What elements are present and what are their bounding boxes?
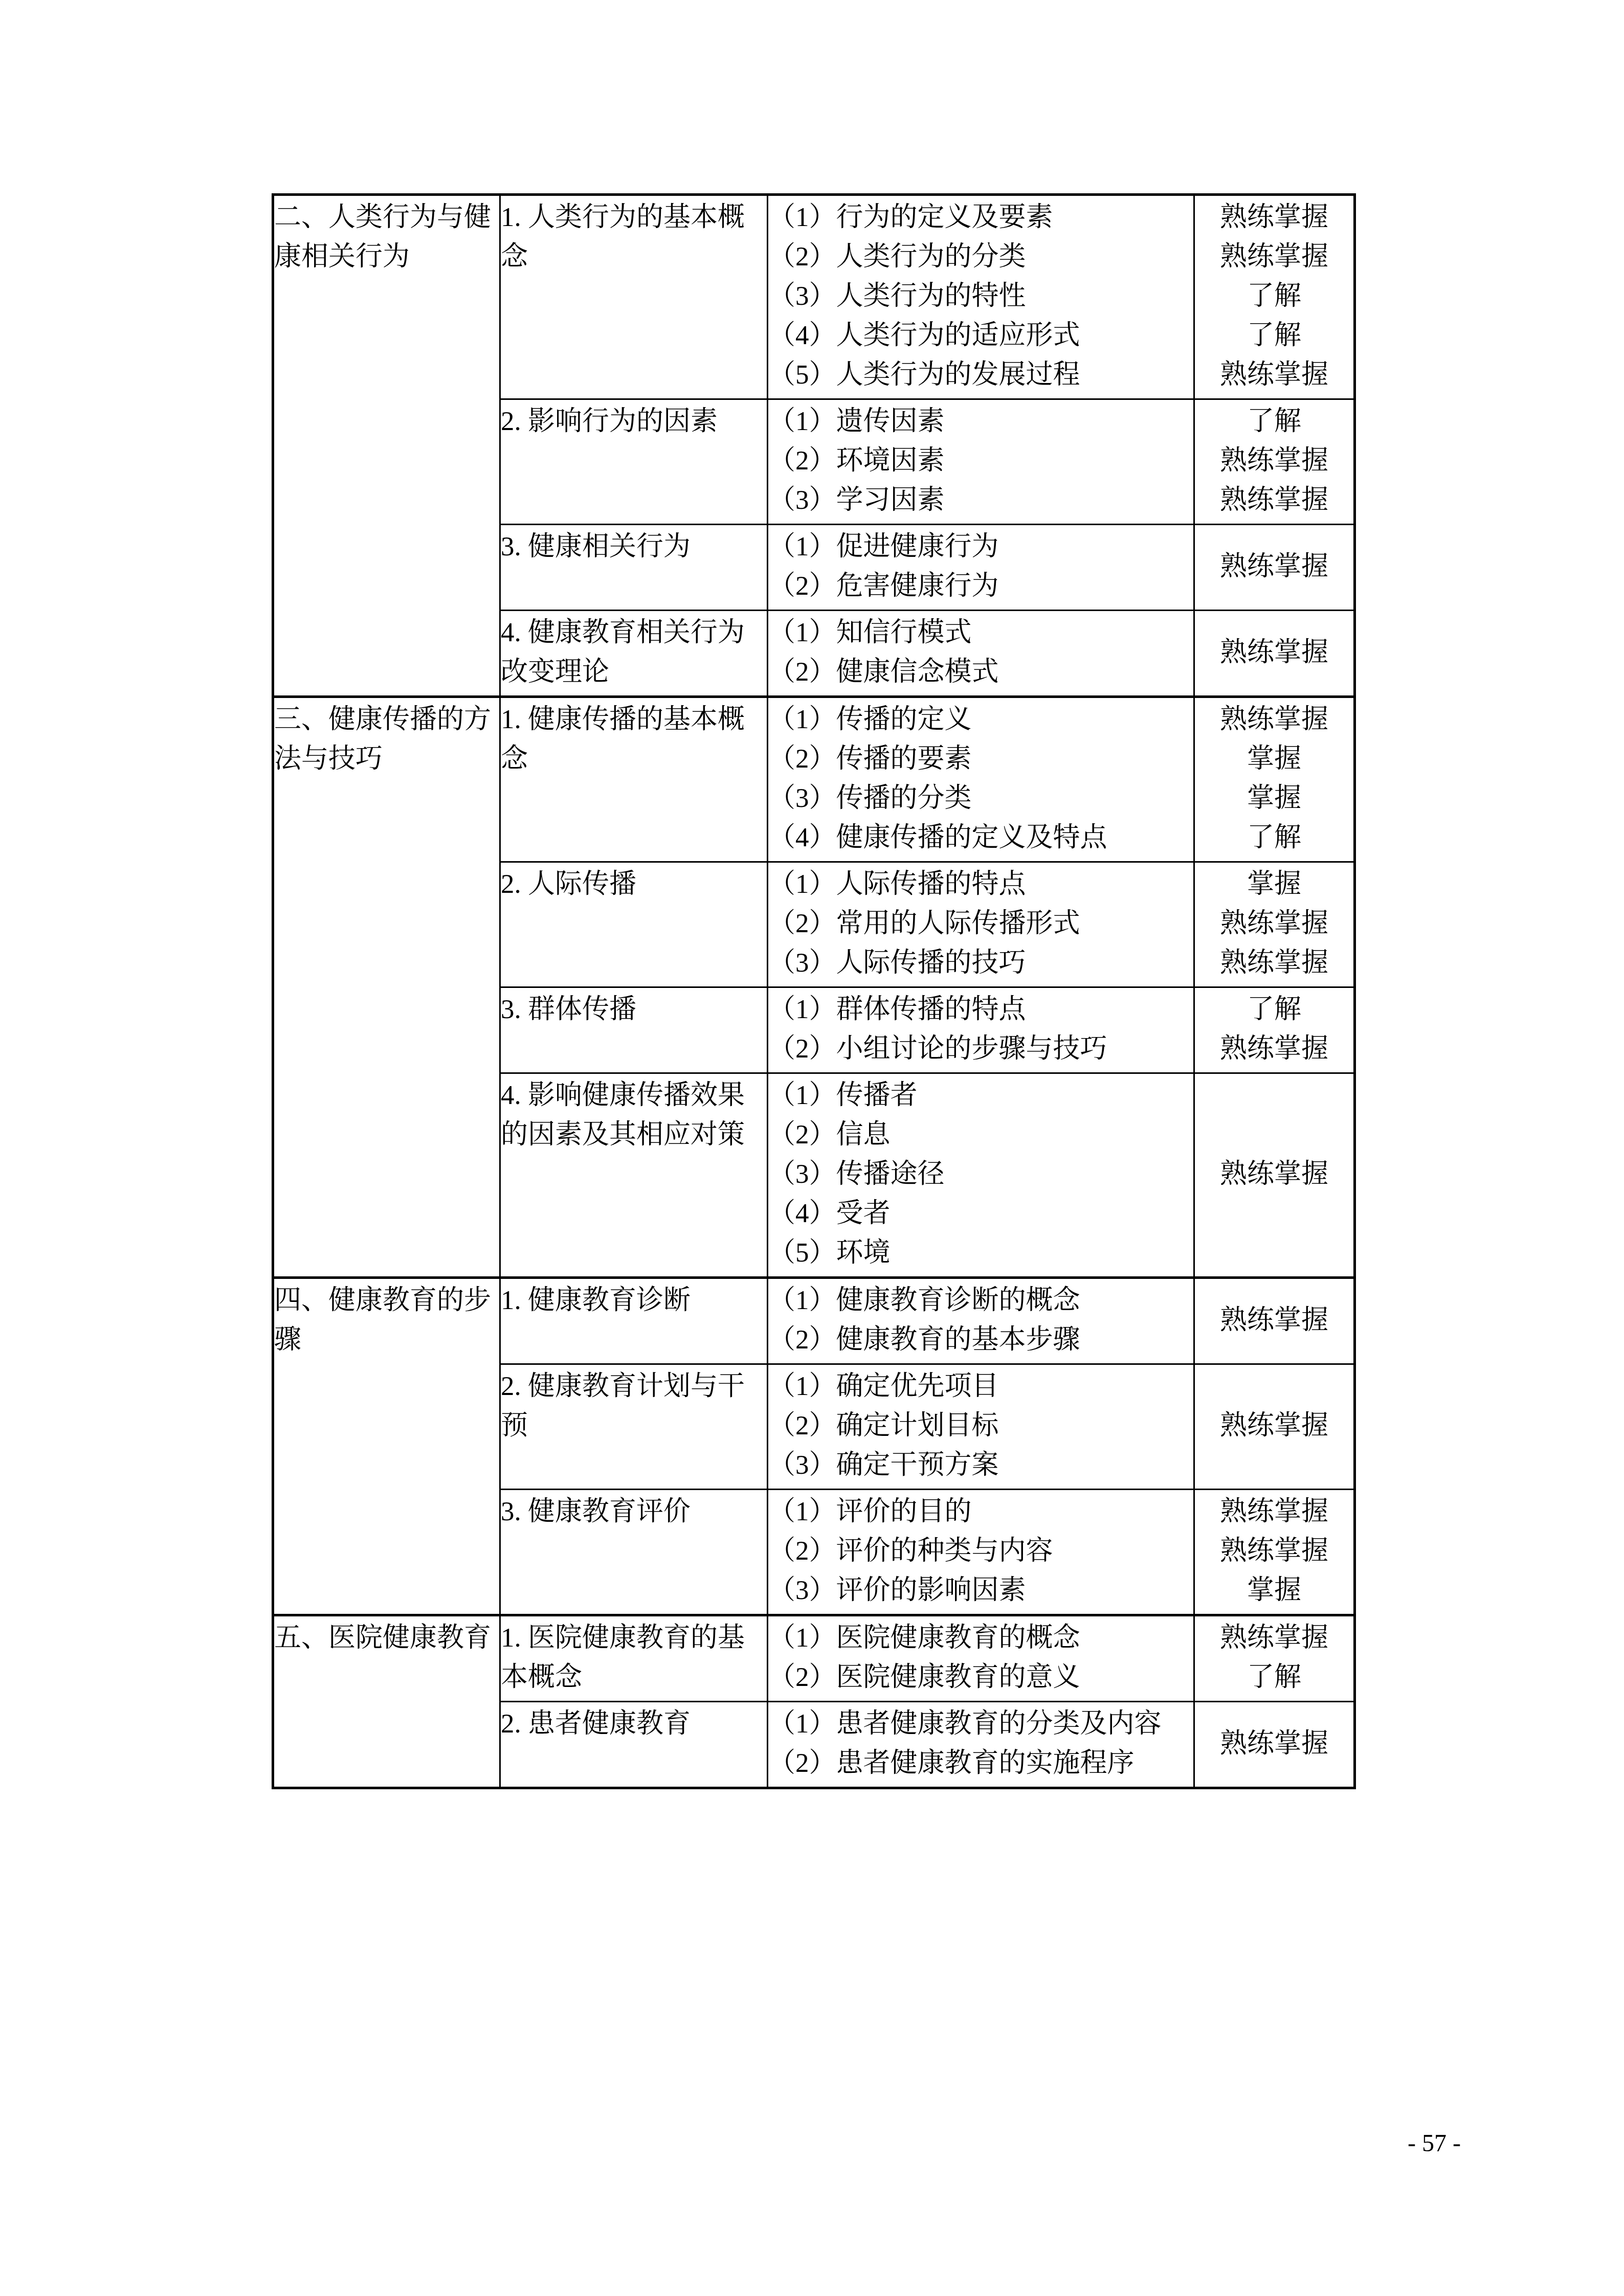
mastery-line: 掌握: [1195, 865, 1353, 904]
mastery-cell: 熟练掌握: [1194, 1364, 1355, 1490]
mastery-line: 掌握: [1195, 1571, 1353, 1610]
mastery-line: 熟练掌握: [1195, 1492, 1353, 1532]
item-line: （2）小组讨论的步骤与技巧: [768, 1029, 1193, 1069]
section-cell: 4. 健康教育相关行为改变理论: [500, 611, 768, 697]
mastery-line: 熟练掌握: [1195, 700, 1353, 739]
chapter-cell: 五、医院健康教育: [273, 1615, 500, 1788]
mastery-line: 掌握: [1195, 739, 1353, 779]
item-line: （2）环境因素: [768, 441, 1193, 481]
mastery-line: 熟练掌握: [1195, 1532, 1353, 1571]
mastery-cell: 掌握熟练掌握熟练掌握: [1194, 862, 1355, 987]
item-line: （1）群体传播的特点: [768, 990, 1193, 1029]
section-cell: 4. 影响健康传播效果的因素及其相应对策: [500, 1073, 768, 1278]
section-row: 四、健康教育的步骤1. 健康教育诊断（1）健康教育诊断的概念（2）健康教育的基本…: [273, 1278, 1355, 1364]
mastery-line: 熟练掌握: [1195, 441, 1353, 481]
mastery-line: 了解: [1195, 316, 1353, 355]
mastery-line: 熟练掌握: [1195, 1301, 1353, 1340]
section-cell: 1. 医院健康教育的基本概念: [500, 1615, 768, 1702]
item-line: （3）评价的影响因素: [768, 1571, 1193, 1610]
mastery-cell: 熟练掌握熟练掌握掌握: [1194, 1490, 1355, 1615]
item-line: （1）行为的定义及要素: [768, 198, 1193, 237]
document-page: 二、人类行为与健康相关行为1. 人类行为的基本概念（1）行为的定义及要素（2）人…: [0, 0, 1624, 2296]
item-line: （4）受者: [768, 1194, 1193, 1233]
item-line: （1）促进健康行为: [768, 527, 1193, 567]
items-cell: （1）确定优先项目（2）确定计划目标（3）确定干预方案: [768, 1364, 1194, 1490]
item-line: （2）患者健康教育的实施程序: [768, 1744, 1193, 1783]
item-line: （3）人际传播的技巧: [768, 943, 1193, 983]
mastery-cell: 熟练掌握: [1194, 525, 1355, 611]
mastery-cell: 熟练掌握熟练掌握了解了解熟练掌握: [1194, 195, 1355, 399]
mastery-line: 掌握: [1195, 779, 1353, 818]
item-line: （3）传播的分类: [768, 779, 1193, 818]
item-line: （1）遗传因素: [768, 402, 1193, 441]
item-line: （1）人际传播的特点: [768, 865, 1193, 904]
mastery-cell: 熟练掌握: [1194, 611, 1355, 697]
mastery-line: 熟练掌握: [1195, 355, 1353, 395]
item-line: （2）危害健康行为: [768, 567, 1193, 606]
item-line: （2）评价的种类与内容: [768, 1532, 1193, 1571]
mastery-cell: 熟练掌握: [1194, 1702, 1355, 1788]
items-cell: （1）知信行模式（2）健康信念模式: [768, 611, 1194, 697]
section-cell: 1. 人类行为的基本概念: [500, 195, 768, 399]
mastery-line: 熟练掌握: [1195, 547, 1353, 587]
mastery-cell: 熟练掌握掌握掌握了解: [1194, 697, 1355, 862]
mastery-line: 熟练掌握: [1195, 1724, 1353, 1764]
mastery-line: 了解: [1195, 818, 1353, 858]
items-cell: （1）健康教育诊断的概念（2）健康教育的基本步骤: [768, 1278, 1194, 1364]
section-row: 三、健康传播的方法与技巧1. 健康传播的基本概念（1）传播的定义（2）传播的要素…: [273, 697, 1355, 862]
mastery-line: 熟练掌握: [1195, 237, 1353, 277]
section-cell: 1. 健康传播的基本概念: [500, 697, 768, 862]
mastery-line: 熟练掌握: [1195, 481, 1353, 520]
items-cell: （1）人际传播的特点（2）常用的人际传播形式（3）人际传播的技巧: [768, 862, 1194, 987]
page-number: - 57 -: [1408, 2128, 1461, 2159]
item-line: （3）确定干预方案: [768, 1446, 1193, 1485]
item-line: （1）评价的目的: [768, 1492, 1193, 1532]
items-cell: （1）促进健康行为（2）危害健康行为: [768, 525, 1194, 611]
items-cell: （1）群体传播的特点（2）小组讨论的步骤与技巧: [768, 987, 1194, 1073]
item-line: （2）医院健康教育的意义: [768, 1658, 1193, 1697]
items-cell: （1）行为的定义及要素（2）人类行为的分类（3）人类行为的特性（4）人类行为的适…: [768, 195, 1194, 399]
items-cell: （1）传播者（2）信息（3）传播途径（4）受者（5）环境: [768, 1073, 1194, 1278]
item-line: （1）健康教育诊断的概念: [768, 1281, 1193, 1320]
mastery-line: 了解: [1195, 1658, 1353, 1697]
section-cell: 3. 健康教育评价: [500, 1490, 768, 1615]
item-line: （3）传播途径: [768, 1155, 1193, 1194]
mastery-line: 熟练掌握: [1195, 198, 1353, 237]
item-line: （5）环境: [768, 1233, 1193, 1273]
item-line: （1）患者健康教育的分类及内容: [768, 1704, 1193, 1744]
item-line: （3）学习因素: [768, 481, 1193, 520]
item-line: （4）健康传播的定义及特点: [768, 818, 1193, 858]
syllabus-table: 二、人类行为与健康相关行为1. 人类行为的基本概念（1）行为的定义及要素（2）人…: [272, 193, 1356, 1789]
mastery-line: 熟练掌握: [1195, 1029, 1353, 1069]
section-cell: 2. 健康教育计划与干预: [500, 1364, 768, 1490]
item-line: （3）人类行为的特性: [768, 277, 1193, 316]
item-line: （1）确定优先项目: [768, 1367, 1193, 1406]
syllabus-table-body: 二、人类行为与健康相关行为1. 人类行为的基本概念（1）行为的定义及要素（2）人…: [273, 195, 1355, 1788]
item-line: （2）健康信念模式: [768, 652, 1193, 692]
section-row: 五、医院健康教育1. 医院健康教育的基本概念（1）医院健康教育的概念（2）医院健…: [273, 1615, 1355, 1702]
item-line: （5）人类行为的发展过程: [768, 355, 1193, 395]
item-line: （2）确定计划目标: [768, 1406, 1193, 1446]
mastery-line: 熟练掌握: [1195, 1618, 1353, 1658]
item-line: （2）常用的人际传播形式: [768, 904, 1193, 943]
chapter-cell: 二、人类行为与健康相关行为: [273, 195, 500, 697]
item-line: （2）信息: [768, 1115, 1193, 1155]
mastery-line: 熟练掌握: [1195, 1406, 1353, 1446]
item-line: （1）传播者: [768, 1076, 1193, 1115]
mastery-cell: 熟练掌握: [1194, 1073, 1355, 1278]
mastery-line: 了解: [1195, 402, 1353, 441]
mastery-cell: 熟练掌握了解: [1194, 1615, 1355, 1702]
mastery-cell: 熟练掌握: [1194, 1278, 1355, 1364]
items-cell: （1）评价的目的（2）评价的种类与内容（3）评价的影响因素: [768, 1490, 1194, 1615]
items-cell: （1）患者健康教育的分类及内容（2）患者健康教育的实施程序: [768, 1702, 1194, 1788]
section-cell: 3. 群体传播: [500, 987, 768, 1073]
mastery-line: 熟练掌握: [1195, 943, 1353, 983]
section-cell: 2. 影响行为的因素: [500, 399, 768, 525]
items-cell: （1）传播的定义（2）传播的要素（3）传播的分类（4）健康传播的定义及特点: [768, 697, 1194, 862]
section-cell: 1. 健康教育诊断: [500, 1278, 768, 1364]
mastery-cell: 了解熟练掌握熟练掌握: [1194, 399, 1355, 525]
section-row: 二、人类行为与健康相关行为1. 人类行为的基本概念（1）行为的定义及要素（2）人…: [273, 195, 1355, 399]
item-line: （1）医院健康教育的概念: [768, 1618, 1193, 1658]
item-line: （1）传播的定义: [768, 700, 1193, 739]
item-line: （2）健康教育的基本步骤: [768, 1320, 1193, 1360]
mastery-line: 熟练掌握: [1195, 633, 1353, 672]
mastery-cell: 了解熟练掌握: [1194, 987, 1355, 1073]
section-cell: 2. 人际传播: [500, 862, 768, 987]
mastery-line: 了解: [1195, 990, 1353, 1029]
mastery-line: 了解: [1195, 277, 1353, 316]
item-line: （2）人类行为的分类: [768, 237, 1193, 277]
item-line: （1）知信行模式: [768, 613, 1193, 652]
chapter-cell: 四、健康教育的步骤: [273, 1278, 500, 1615]
item-line: （4）人类行为的适应形式: [768, 316, 1193, 355]
section-cell: 2. 患者健康教育: [500, 1702, 768, 1788]
mastery-line: 熟练掌握: [1195, 904, 1353, 943]
mastery-line: 熟练掌握: [1195, 1155, 1353, 1194]
items-cell: （1）遗传因素（2）环境因素（3）学习因素: [768, 399, 1194, 525]
item-line: （2）传播的要素: [768, 739, 1193, 779]
chapter-cell: 三、健康传播的方法与技巧: [273, 697, 500, 1278]
section-cell: 3. 健康相关行为: [500, 525, 768, 611]
items-cell: （1）医院健康教育的概念（2）医院健康教育的意义: [768, 1615, 1194, 1702]
